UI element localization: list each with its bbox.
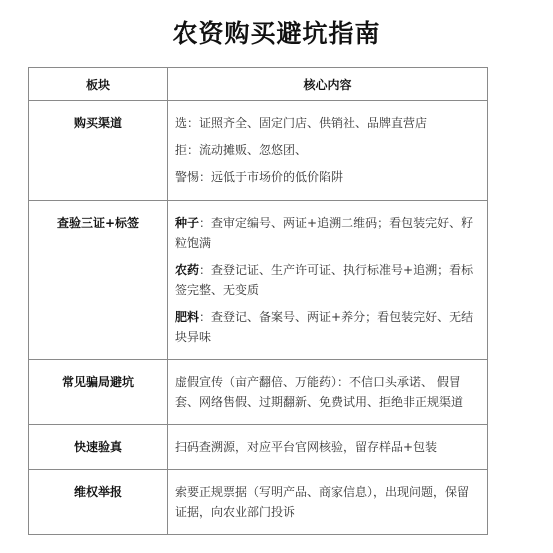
table-row: 购买渠道 选：证照齐全、固定门店、供销社、品牌直营店 拒：流动摊贩、忽悠团、 警…	[29, 101, 488, 201]
content-line: 虚假宣传（亩产翻倍、万能药）：不信口头承诺、 假冒套、网络售假、过期翻新、免费试…	[175, 372, 477, 412]
table-row: 常见骗局避坑 虚假宣传（亩产翻倍、万能药）：不信口头承诺、 假冒套、网络售假、过…	[29, 360, 488, 425]
section-name: 购买渠道	[29, 101, 168, 201]
item-label: 种子	[175, 216, 199, 230]
item-text: ：查登记证、生产许可证、执行标准号+追溯；看标签完整、无变质	[175, 263, 473, 297]
section-name: 常见骗局避坑	[29, 360, 168, 425]
content-line: 警惕：远低于市场价的低价陷阱	[175, 167, 477, 187]
section-name: 查验三证+标签	[29, 201, 168, 360]
content-line: 拒：流动摊贩、忽悠团、	[175, 140, 477, 160]
column-header-content: 核心内容	[168, 68, 488, 101]
item-label: 肥料	[175, 310, 199, 324]
section-content: 扫码查溯源，对应平台官网核验，留存样品+包装	[168, 425, 488, 470]
content-line: 种子：查审定编号、两证+追溯二维码；看包装完好、籽粒饱满	[175, 213, 477, 253]
content-line: 索要正规票据（写明产品、商家信息），出现问题，保留证据，向农业部门投诉	[175, 482, 477, 522]
content-line: 扫码查溯源，对应平台官网核验，留存样品+包装	[175, 437, 477, 457]
section-content: 索要正规票据（写明产品、商家信息），出现问题，保留证据，向农业部门投诉	[168, 470, 488, 535]
table-header-row: 板块 核心内容	[29, 68, 488, 101]
section-name: 维权举报	[29, 470, 168, 535]
table-row: 快速验真 扫码查溯源，对应平台官网核验，留存样品+包装	[29, 425, 488, 470]
table-row: 查验三证+标签 种子：查审定编号、两证+追溯二维码；看包装完好、籽粒饱满 农药：…	[29, 201, 488, 360]
section-content: 选：证照齐全、固定门店、供销社、品牌直营店 拒：流动摊贩、忽悠团、 警惕：远低于…	[168, 101, 488, 201]
item-text: ：查登记、备案号、两证+养分；看包装完好、无结块异味	[175, 310, 473, 344]
section-name: 快速验真	[29, 425, 168, 470]
item-label: 农药	[175, 263, 199, 277]
content-line: 农药：查登记证、生产许可证、执行标准号+追溯；看标签完整、无变质	[175, 260, 477, 300]
item-text: ：查审定编号、两证+追溯二维码；看包装完好、籽粒饱满	[175, 216, 473, 250]
guide-table: 板块 核心内容 购买渠道 选：证照齐全、固定门店、供销社、品牌直营店 拒：流动摊…	[28, 67, 488, 535]
section-content: 虚假宣传（亩产翻倍、万能药）：不信口头承诺、 假冒套、网络售假、过期翻新、免费试…	[168, 360, 488, 425]
content-line: 选：证照齐全、固定门店、供销社、品牌直营店	[175, 113, 477, 133]
page-title: 农资购买避坑指南	[0, 14, 553, 50]
table-row: 维权举报 索要正规票据（写明产品、商家信息），出现问题，保留证据，向农业部门投诉	[29, 470, 488, 535]
column-header-section: 板块	[29, 68, 168, 101]
content-line: 肥料：查登记、备案号、两证+养分；看包装完好、无结块异味	[175, 307, 477, 347]
section-content: 种子：查审定编号、两证+追溯二维码；看包装完好、籽粒饱满 农药：查登记证、生产许…	[168, 201, 488, 360]
